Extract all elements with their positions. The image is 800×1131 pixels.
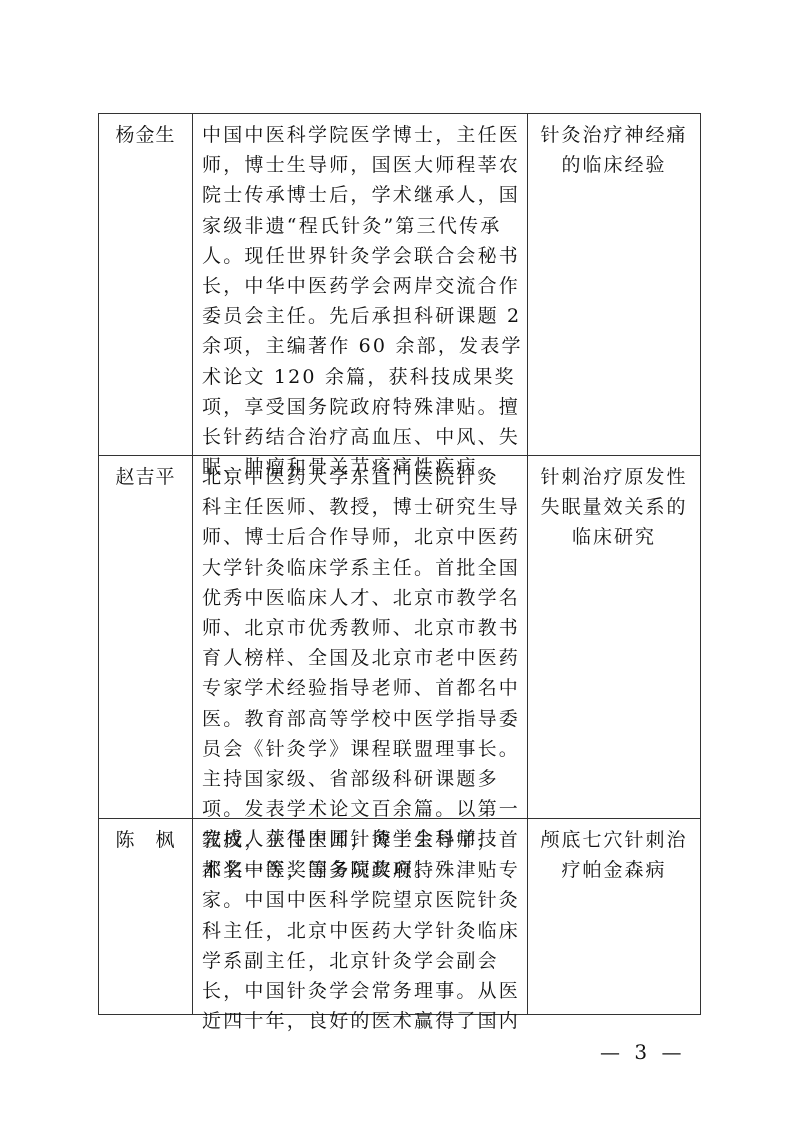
bio-line: 术论文 120 余篇，获科技成果奖 21: [202, 362, 521, 392]
topic-line: 的临床经验: [528, 150, 700, 180]
topic-line: 疗帕金森病: [528, 855, 700, 885]
bio-line: 家级非遗“程氏针灸”第三代传承: [202, 211, 521, 241]
table-row: 陈 枫 教授，主任医师，博士生导师，首都名中医，国务院政府特殊津贴专家。中国中医…: [99, 819, 700, 1014]
bio-line: 育人榜样、全国及北京市老中医药: [202, 643, 521, 673]
bio-line: 优秀中医临床人才、北京市教学名: [202, 583, 521, 613]
bio-line: 师、北京市优秀教师、北京市教书: [202, 613, 521, 643]
bio-line: 北京中医药大学东直门医院针灸: [202, 462, 521, 492]
bio-line: 科主任医师、教授，博士研究生导: [202, 492, 521, 522]
bio-line: 长，中华中医药学会两岸交流合作: [202, 271, 521, 301]
expert-table: 杨金生 中国中医科学院医学博士，主任医师，博士生导师，国医大师程莘农院士传承博士…: [98, 113, 701, 1015]
table-row: 赵吉平 北京中医药大学东直门医院针灸科主任医师、教授，博士研究生导师、博士后合作…: [99, 456, 700, 819]
expert-name: 赵吉平: [99, 456, 193, 818]
bio-line: 教授，主任医师，博士生导师，首: [202, 825, 521, 855]
bio-line: 师，博士生导师，国医大师程莘农: [202, 150, 521, 180]
bio-line: 科主任，北京中医药大学针灸临床: [202, 916, 521, 946]
bio-line: 人。现任世界针灸学会联合会秘书: [202, 241, 521, 271]
bio-line: 员会《针灸学》课程联盟理事长。: [202, 734, 521, 764]
topic-line: 临床研究: [528, 522, 700, 552]
bio-line: 中国中医科学院医学博士，主任医: [202, 120, 521, 150]
bio-line: 项，享受国务院政府特殊津贴。擅: [202, 392, 521, 422]
bio-line: 专家学术经验指导老师、首都名中: [202, 673, 521, 703]
lecture-topic: 针灸治疗神经痛的临床经验: [528, 114, 700, 455]
page-number: — 3 —: [600, 1040, 685, 1064]
bio-line: 院士传承博士后，学术继承人，国: [202, 180, 521, 210]
expert-bio: 北京中医药大学东直门医院针灸科主任医师、教授，博士研究生导师、博士后合作导师，北…: [193, 456, 528, 818]
bio-line: 委员会主任。先后承担科研课题 20: [202, 301, 521, 331]
expert-name: 杨金生: [99, 114, 193, 455]
lecture-topic: 颅底七穴针刺治疗帕金森病: [528, 819, 700, 1014]
expert-bio: 中国中医科学院医学博士，主任医师，博士生导师，国医大师程莘农院士传承博士后，学术…: [193, 114, 528, 455]
topic-line: 颅底七穴针刺治: [528, 825, 700, 855]
bio-line: 主持国家级、省部级科研课题多: [202, 764, 521, 794]
expert-name: 陈 枫: [99, 819, 193, 1014]
bio-line: 长，中国针灸学会常务理事。从医: [202, 976, 521, 1006]
bio-line: 医。教育部高等学校中医学指导委: [202, 704, 521, 734]
bio-line: 大学针灸临床学系主任。首批全国: [202, 553, 521, 583]
bio-line: 家。中国中医科学院望京医院针灸: [202, 885, 521, 915]
bio-line: 师、博士后合作导师，北京中医药: [202, 522, 521, 552]
topic-line: 失眠量效关系的: [528, 492, 700, 522]
bio-line: 余项，主编著作 60 余部，发表学: [202, 331, 521, 361]
bio-line: 长针药结合治疗高血压、中风、失: [202, 422, 521, 452]
bio-line: 学系副主任，北京针灸学会副会: [202, 946, 521, 976]
table-row: 杨金生 中国中医科学院医学博士，主任医师，博士生导师，国医大师程莘农院士传承博士…: [99, 114, 700, 456]
topic-line: 针刺治疗原发性: [528, 462, 700, 492]
bio-line: 都名中医，国务院政府特殊津贴专: [202, 855, 521, 885]
expert-bio: 教授，主任医师，博士生导师，首都名中医，国务院政府特殊津贴专家。中国中医科学院望…: [193, 819, 528, 1014]
lecture-topic: 针刺治疗原发性失眠量效关系的临床研究: [528, 456, 700, 818]
topic-line: 针灸治疗神经痛: [528, 120, 700, 150]
bio-line: 近四十年，良好的医术赢得了国内: [202, 1006, 521, 1036]
